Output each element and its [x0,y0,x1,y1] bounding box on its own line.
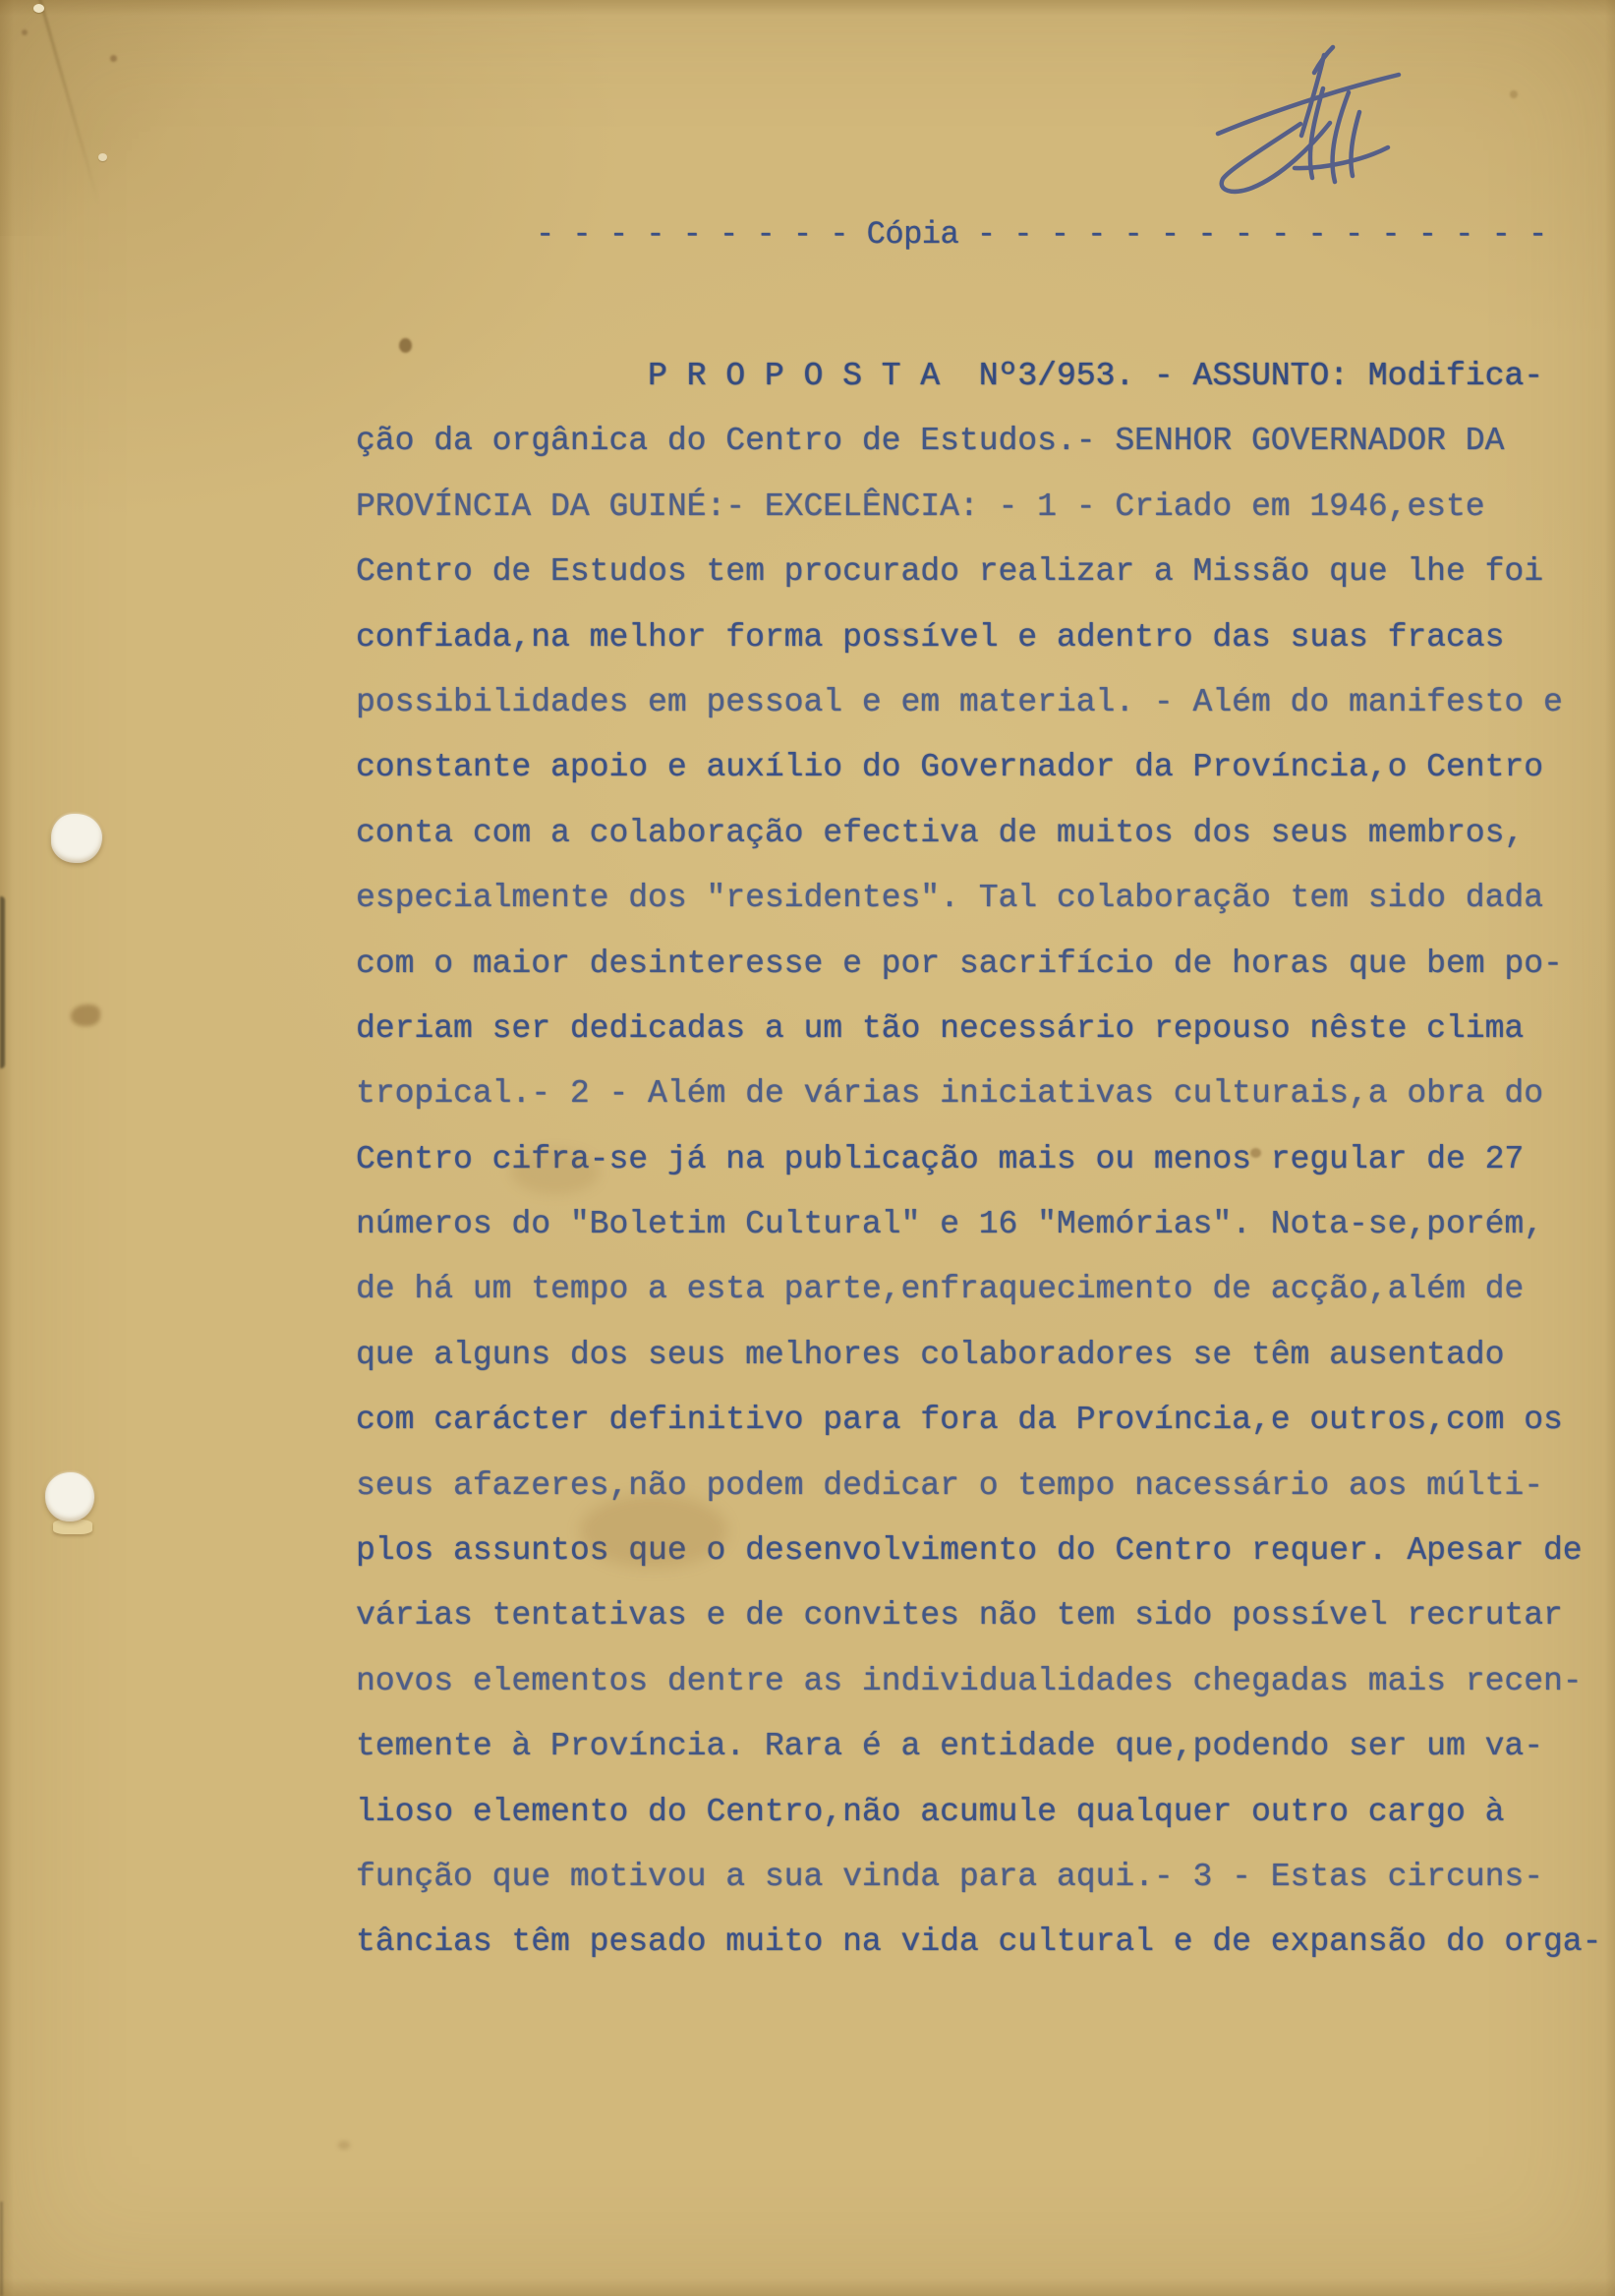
typed-line: função que motivou a sua vinda para aqui… [356,1845,1594,1910]
copy-header-line: - - - - - - - - - Cópia - - - - - - - - … [536,216,1547,253]
stain [110,55,117,62]
stain [511,1150,600,1194]
typed-line: confiada,na melhor forma possível e aden… [356,605,1594,670]
typed-line: constante apoio e auxílio do Governador … [356,735,1594,800]
typed-line: tropical.- 2 - Além de várias iniciativa… [356,1062,1594,1126]
typed-line: várias tentativas e de convites não tem … [356,1583,1594,1648]
typed-line: lioso elemento do Centro,não acumule qua… [356,1780,1594,1845]
typed-line: Centro de Estudos tem procurado realizar… [356,540,1594,604]
typed-line: plos assuntos que o desenvolvimento do C… [356,1519,1594,1583]
typed-line: temente à Província. Rara é a entidade q… [356,1714,1594,1779]
stain [22,29,28,35]
punch-hole-bottom [45,1472,94,1521]
stain [896,629,905,637]
punch-hole-tab [53,1520,92,1534]
corner-fold-shading [0,0,315,236]
punch-hole-top [51,814,102,863]
typed-line: novos elementos dentre as individualidad… [356,1649,1594,1714]
typed-line: de há um tempo a esta parte,enfraquecime… [356,1257,1594,1322]
left-edge-shadow [0,2202,3,2296]
stain [338,2141,350,2150]
paper-chip [33,4,44,13]
stain [71,1004,100,1026]
ink-stain [399,338,412,353]
typed-line: com carácter definitivo para fora da Pro… [356,1388,1594,1453]
typed-line: P R O P O S T A Nº3/953. - ASSUNTO: Modi… [356,344,1594,409]
typed-line: ção da orgânica do Centro de Estudos.- S… [356,409,1594,474]
paper-chip [98,153,107,161]
typed-line: que alguns dos seus melhores colaborador… [356,1323,1594,1388]
typed-line: seus afazeres,não podem dedicar o tempo … [356,1454,1594,1519]
left-edge-tear [0,896,5,1068]
stain [1250,1148,1261,1158]
typed-line: números do "Boletim Cultural" e 16 "Memó… [356,1192,1594,1257]
handwritten-mark [1204,29,1420,197]
typed-line: com o maior desinteresse e por sacrifíci… [356,932,1594,997]
typed-line: possibilidades em pessoal e em material.… [356,670,1594,735]
stain [580,1494,727,1568]
stain [1510,90,1518,98]
scanned-document-page: - - - - - - - - - Cópia - - - - - - - - … [0,0,1615,2296]
typed-line: tâncias têm pesado muito na vida cultura… [356,1910,1594,1975]
typed-line: PROVÍNCIA DA GUINÉ:- EXCELÊNCIA: - 1 - C… [356,475,1594,540]
typed-line: especialmente dos "residentes". Tal cola… [356,866,1594,931]
typed-line: conta com a colaboração efectiva de muit… [356,801,1594,866]
typed-line: deriam ser dedicadas a um tão necessário… [356,997,1594,1062]
